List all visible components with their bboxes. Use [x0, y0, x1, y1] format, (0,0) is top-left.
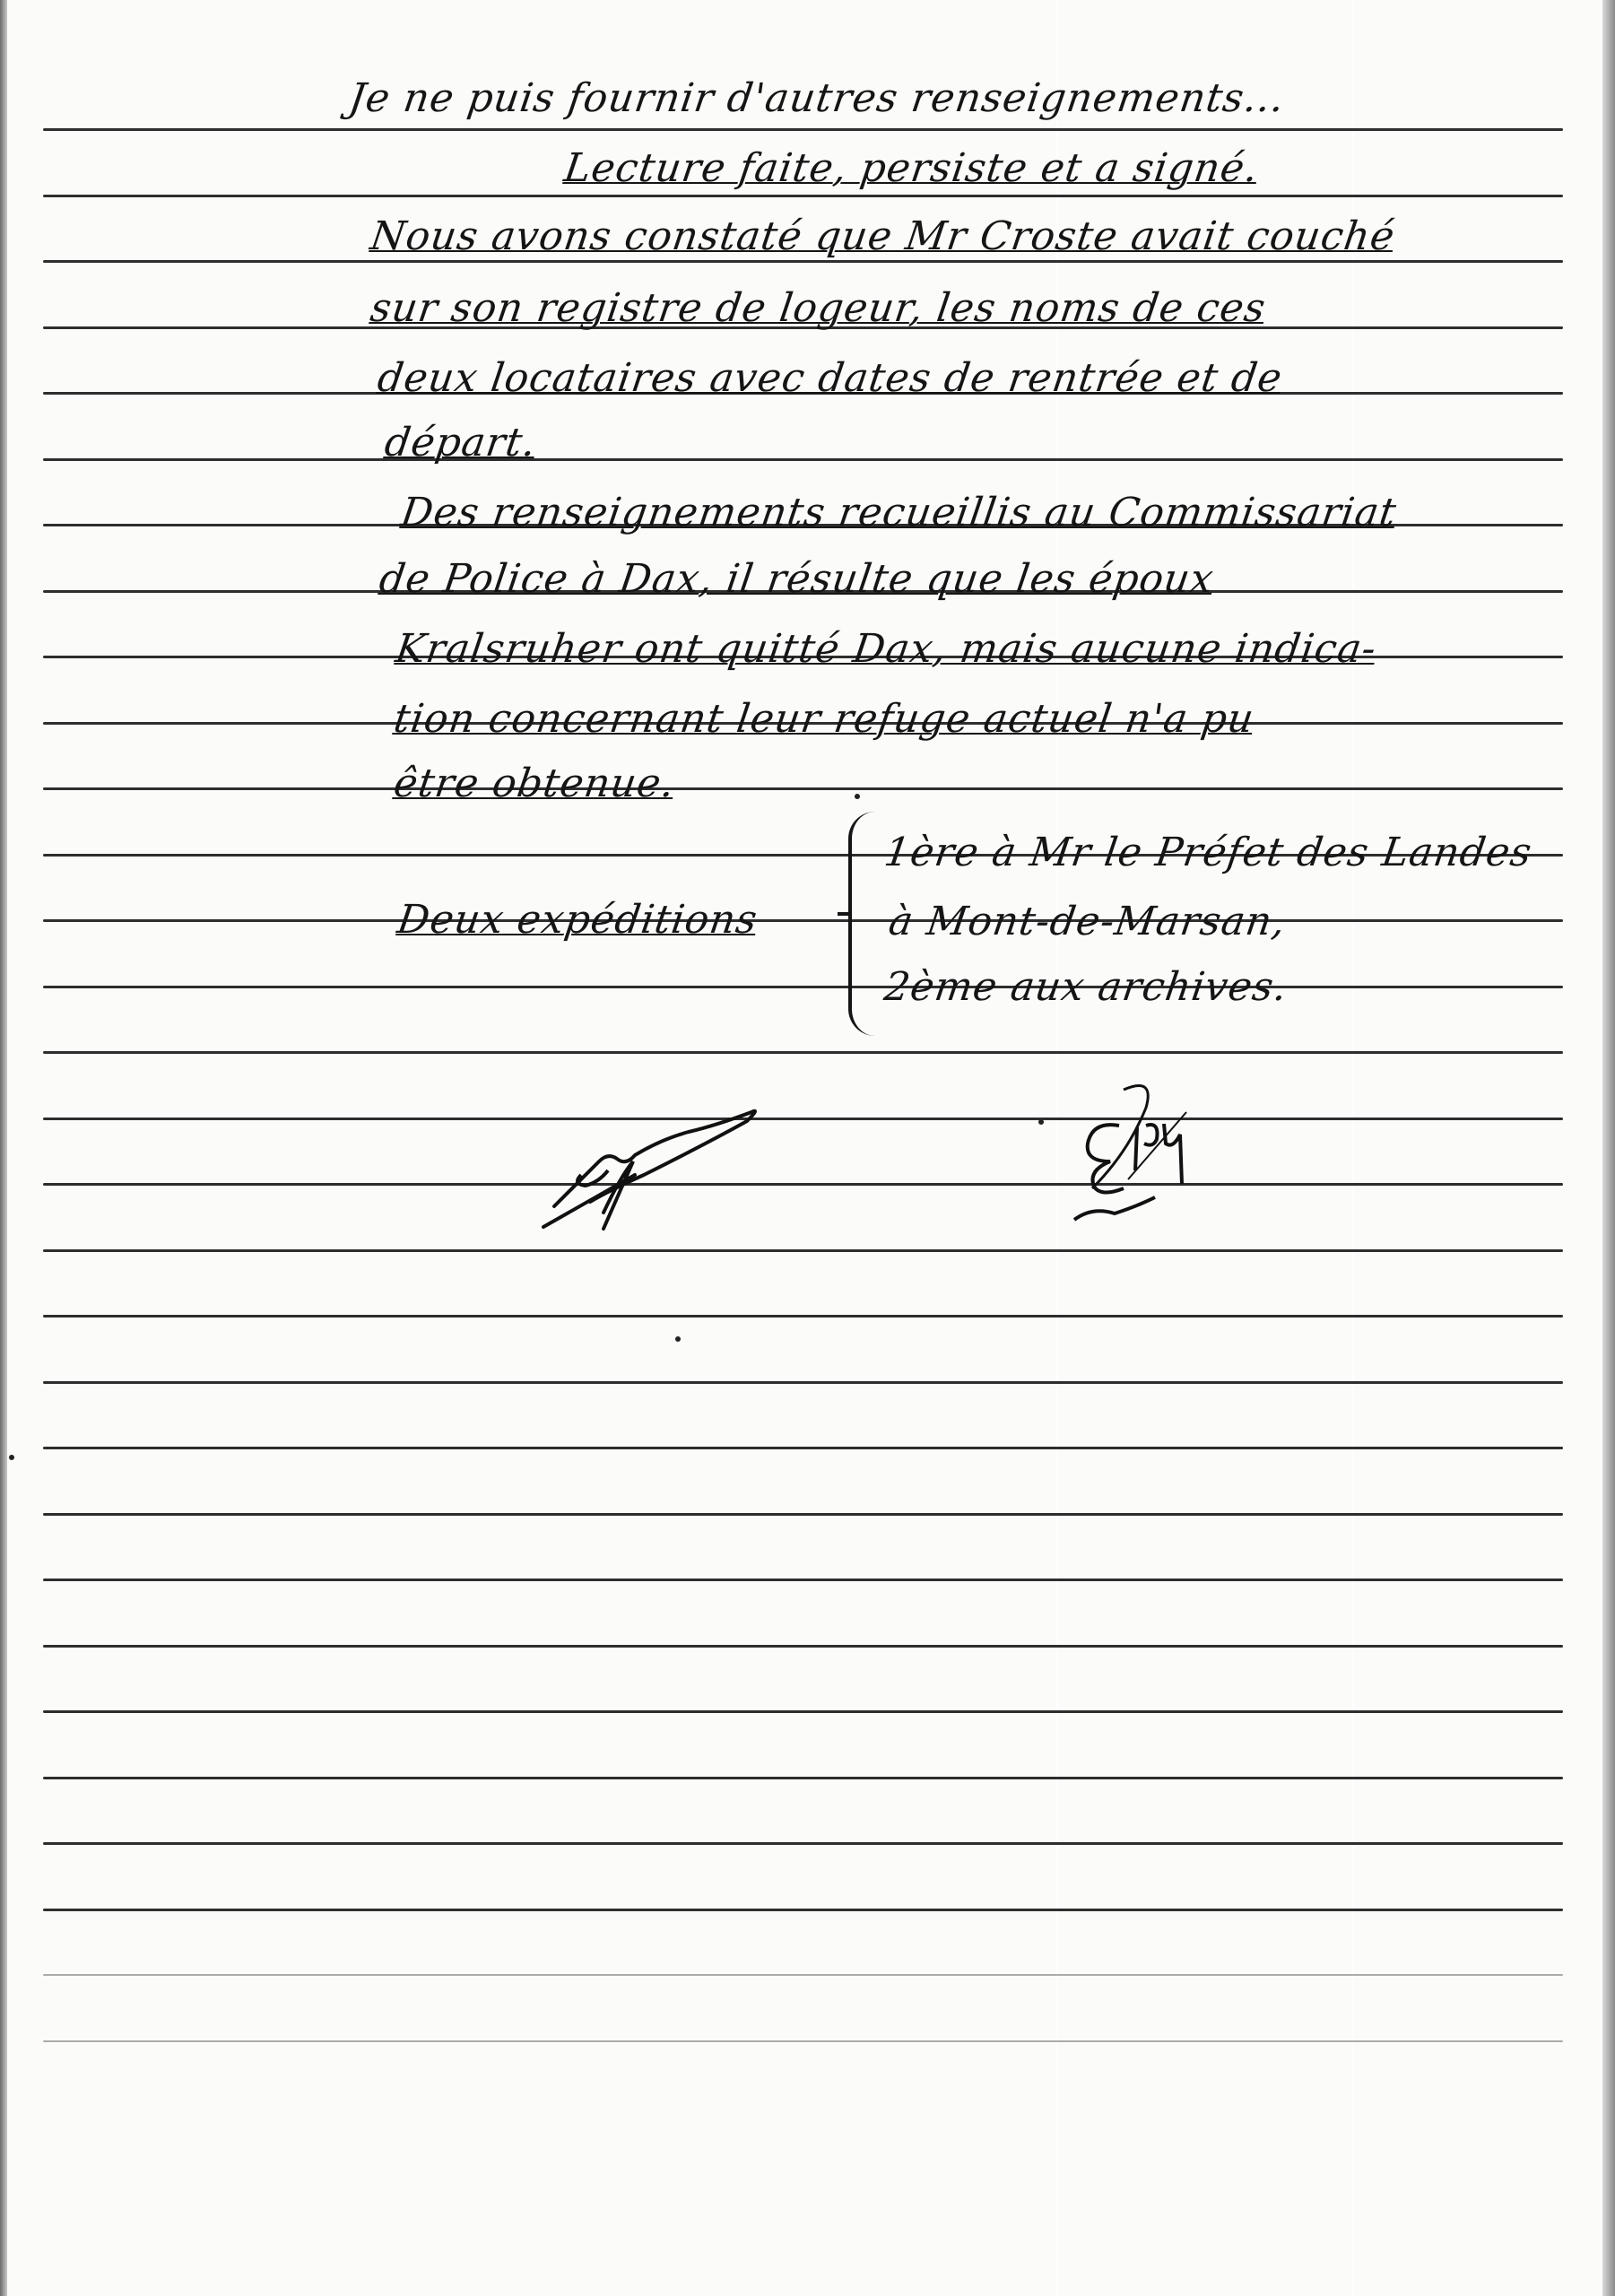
handwritten-line: Je ne puis fournir d'autres renseignemen…: [346, 75, 1288, 121]
signature-officer: [1038, 1072, 1254, 1233]
ruled-line: [43, 458, 1563, 461]
ruled-line: [43, 1315, 1563, 1318]
handwritten-line: de Police à Dax, il résulte que les épou…: [377, 556, 1217, 602]
ruled-line: [43, 1777, 1563, 1779]
ruled-line: [43, 1578, 1563, 1581]
handwritten-line: deux locataires avec dates de rentrée et…: [375, 355, 1285, 401]
handwritten-line: départ.: [382, 420, 539, 465]
scan-edge-right: [1602, 0, 1615, 2296]
expeditions-label: Deux expéditions: [395, 897, 760, 943]
expedition-item: 1ère à Mr le Préfet des Landes: [881, 830, 1535, 875]
expedition-item: 2ème aux archives.: [881, 964, 1290, 1010]
ruled-line: [43, 1381, 1563, 1384]
ruled-line: [43, 1909, 1563, 1911]
handwritten-line: Kralsruher ont quitté Dax, mais aucune i…: [393, 626, 1379, 672]
ruled-line: [43, 1974, 1563, 1976]
signature-witness: [536, 1076, 877, 1238]
ruled-line: [43, 260, 1563, 263]
ink-dot: [675, 1336, 681, 1342]
handwritten-line: Nous avons constaté que Mr Croste avait …: [368, 213, 1398, 259]
ruled-line: [43, 2040, 1563, 2042]
ruled-line: [43, 787, 1563, 790]
document-page: Je ne puis fournir d'autres renseignemen…: [7, 0, 1602, 2296]
scan-edge-left: [0, 0, 7, 2296]
ruled-line: [43, 1842, 1563, 1845]
ruled-line: [43, 128, 1563, 131]
handwritten-line: tion concernant leur refuge actuel n'a p…: [391, 696, 1257, 742]
ink-dot: [9, 1455, 14, 1460]
ruled-line: [43, 986, 1563, 988]
ruled-line: [43, 1051, 1563, 1054]
ruled-line: [43, 919, 1563, 922]
handwritten-line: Des renseignements recueillis au Commiss…: [398, 490, 1400, 535]
ruled-line: [43, 1645, 1563, 1648]
ruled-line: [43, 195, 1563, 197]
ruled-line: [43, 1249, 1563, 1252]
expedition-item: à Mont-de-Marsan,: [886, 899, 1289, 944]
handwritten-line: être obtenue.: [391, 761, 678, 806]
handwritten-line: Lecture faite, persiste et a signé.: [561, 145, 1262, 191]
handwritten-line: sur son registre de logeur, les noms de …: [368, 285, 1269, 331]
ruled-line: [43, 1447, 1563, 1449]
brace: [848, 812, 875, 1036]
fold-mark: [1352, 0, 1354, 2296]
ruled-line: [43, 1513, 1563, 1516]
ink-dot: [855, 794, 860, 799]
ruled-line: [43, 1710, 1563, 1713]
ink-dot: [1038, 1119, 1044, 1125]
